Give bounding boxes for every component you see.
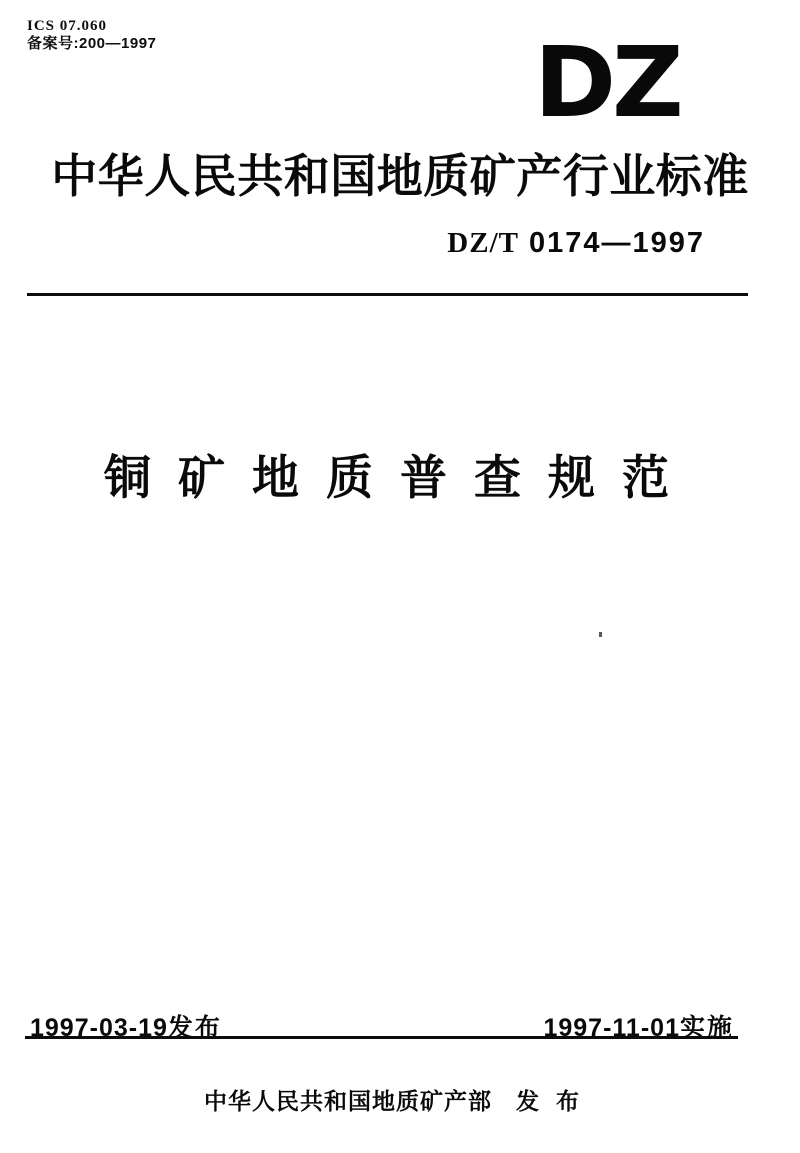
- publisher-name: 中华人民共和国地质矿产部: [204, 1088, 492, 1114]
- footer-divider-rule: [25, 1036, 738, 1039]
- scan-speck-artifact: [599, 632, 602, 637]
- standard-code-prefix: DZ/T: [447, 227, 519, 259]
- standard-series-title: 中华人民共和国地质矿产行业标准: [25, 150, 775, 203]
- header-divider-rule: [27, 293, 748, 296]
- standard-cover-page: ICS 07.060 备案号:200—1997 DZ 中华人民共和国地质矿产行业…: [0, 0, 800, 1153]
- top-left-metadata: ICS 07.060 备案号:200—1997: [27, 18, 156, 53]
- publisher-line: 中华人民共和国地质矿产部发布: [0, 1083, 800, 1116]
- ics-code: ICS 07.060: [27, 18, 156, 35]
- standard-code: DZ/T0174—1997: [447, 227, 705, 260]
- dz-logo: DZ: [534, 34, 680, 131]
- publish-label: 发布: [516, 1088, 596, 1114]
- standard-code-number: 0174—1997: [529, 227, 705, 259]
- record-number: 备案号:200—1997: [27, 35, 156, 52]
- document-title: 铜矿地质普查规范: [0, 451, 800, 505]
